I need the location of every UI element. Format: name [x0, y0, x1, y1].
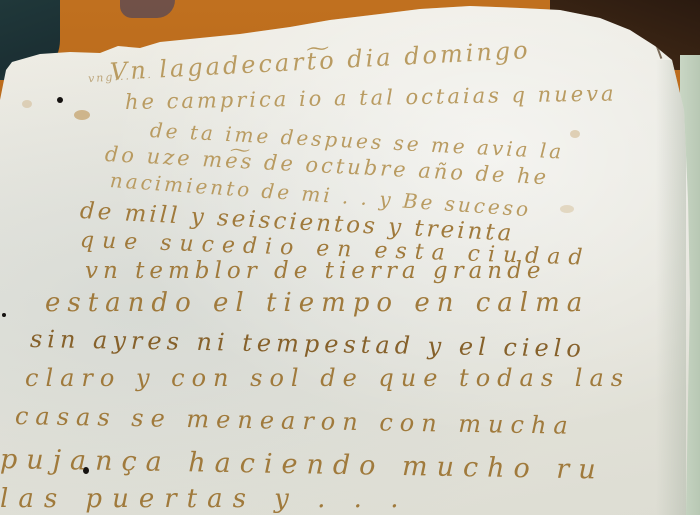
manuscript-line-10: sin ayres ni tempestad y el cielo — [30, 325, 586, 363]
manuscript-line-2: he camprica io a tal octaias q nueva — [125, 81, 617, 114]
manuscript-line-12: casas se menearon con mucha — [15, 402, 575, 440]
manuscript-photo: vng... ... Vn lagadecart͠o dia domingo h… — [0, 0, 700, 515]
manuscript-line-13: pujança haciendo mucho ru — [0, 444, 605, 486]
manuscript-page: vng... ... Vn lagadecart͠o dia domingo h… — [0, 0, 700, 515]
manuscript-line-14: las puertas y . . . — [0, 484, 408, 514]
manuscript-line-8: vn temblor de tierra grande — [85, 258, 545, 284]
handwritten-lines: Vn lagadecart͠o dia domingo he camprica … — [0, 0, 700, 515]
manuscript-line-9: estando el tiempo en calma — [45, 288, 589, 318]
manuscript-line-1: Vn lagadecart͠o dia domingo — [109, 36, 531, 86]
manuscript-line-11: claro y con sol de que todas las — [25, 364, 630, 392]
